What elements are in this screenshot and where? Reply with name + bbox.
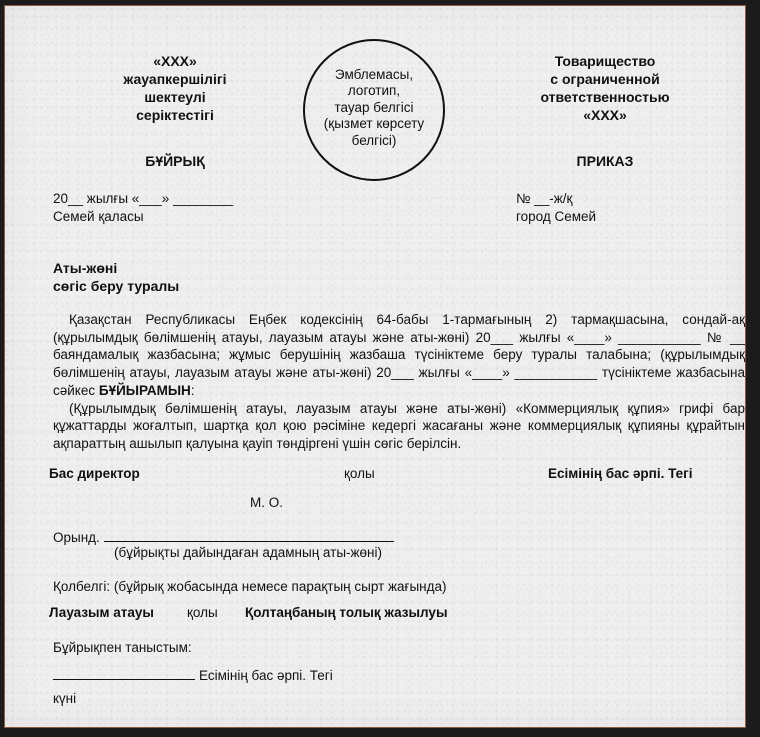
body-paragraph-2: (Құрылымдық бөлімшенің атауы, лауазым ат… bbox=[53, 400, 745, 453]
approval-sign-label: қолы bbox=[187, 604, 218, 622]
org-name-kz-line: «ХХХ» bbox=[95, 52, 255, 70]
executor-blank-line bbox=[104, 527, 394, 542]
acknowledgement-blank-line bbox=[53, 665, 195, 680]
subject-line-1: Аты-жөні bbox=[53, 259, 179, 277]
document-page: «ХХХ» жауапкершілігі шектеулі серіктесті… bbox=[4, 5, 746, 728]
org-name-ru-line: ответственностью bbox=[515, 88, 695, 106]
emblem-placeholder-circle: Эмблемасы, логотип, тауар белгісі (қызме… bbox=[303, 39, 445, 181]
body-paragraph-1-end: : bbox=[191, 383, 195, 398]
org-name-kz-line: жауапкершілігі bbox=[95, 70, 255, 88]
signature-name-label: Есімінің бас әрпі. Тегі bbox=[548, 465, 693, 483]
signature-position: Бас директор bbox=[49, 465, 140, 483]
emblem-line: тауар белгісі bbox=[314, 100, 434, 117]
order-subject: Аты-жөні сөгіс беру туралы bbox=[53, 259, 179, 295]
org-name-ru-line: с ограниченной bbox=[515, 70, 695, 88]
emblem-line: белгісі) bbox=[314, 133, 434, 150]
order-title-ru: ПРИКАЗ bbox=[515, 152, 695, 170]
approval-position: Лауазым атауы bbox=[49, 604, 154, 622]
acknowledgement-date-label: күні bbox=[53, 690, 76, 708]
executor-note: (бұйрықты дайындаған адамның аты-жөні) bbox=[114, 544, 382, 562]
number-block-ru: № __-ж/қ город Семей bbox=[516, 190, 596, 225]
acknowledgement-row: Есімінің бас әрпі. Тегі bbox=[53, 665, 333, 685]
number-line-ru: № __-ж/қ bbox=[516, 190, 596, 208]
org-name-ru: Товарищество с ограниченной ответственно… bbox=[515, 52, 695, 124]
emblem-line: логотип, bbox=[314, 83, 434, 100]
city-ru: город Семей bbox=[516, 208, 596, 226]
emblem-line: Эмблемасы, bbox=[314, 67, 434, 84]
org-name-kz-line: серіктестігі bbox=[95, 106, 255, 124]
emblem-text: Эмблемасы, логотип, тауар белгісі (қызме… bbox=[314, 67, 434, 150]
acknowledgement-label: Бұйрықпен таныстым: bbox=[53, 639, 192, 657]
stamp-place: М. О. bbox=[250, 494, 283, 512]
acknowledgement-name-label: Есімінің бас әрпі. Тегі bbox=[199, 668, 333, 683]
emblem-line: (қызмет көрсету bbox=[314, 116, 434, 133]
org-name-kz: «ХХХ» жауапкершілігі шектеулі серіктесті… bbox=[95, 52, 255, 124]
signature-sign-label: қолы bbox=[344, 465, 375, 483]
approval-name-label: Қолтаңбаның толық жазылуы bbox=[245, 604, 447, 622]
body-paragraph-1: Қазақстан Республикасы Еңбек кодексінің … bbox=[53, 311, 745, 400]
city-kz: Семей қаласы bbox=[53, 208, 233, 226]
subject-line-2: сөгіс беру туралы bbox=[53, 277, 179, 295]
order-title-kz: БҰЙРЫҚ bbox=[95, 152, 255, 170]
order-body: Қазақстан Республикасы Еңбек кодексінің … bbox=[53, 311, 745, 453]
approval-label: Қолбелгі: (бұйрық жобасында немесе парақ… bbox=[53, 578, 447, 596]
org-name-ru-line: «ХХХ» bbox=[515, 106, 695, 124]
date-line-kz: 20__ жылғы «___» ________ bbox=[53, 190, 233, 208]
date-block-kz: 20__ жылғы «___» ________ Семей қаласы bbox=[53, 190, 233, 225]
org-name-kz-line: шектеулі bbox=[95, 88, 255, 106]
order-directive: БҰЙЫРАМЫН bbox=[99, 383, 191, 398]
org-name-ru-line: Товарищество bbox=[515, 52, 695, 70]
executor-label: Орынд. bbox=[53, 530, 100, 545]
